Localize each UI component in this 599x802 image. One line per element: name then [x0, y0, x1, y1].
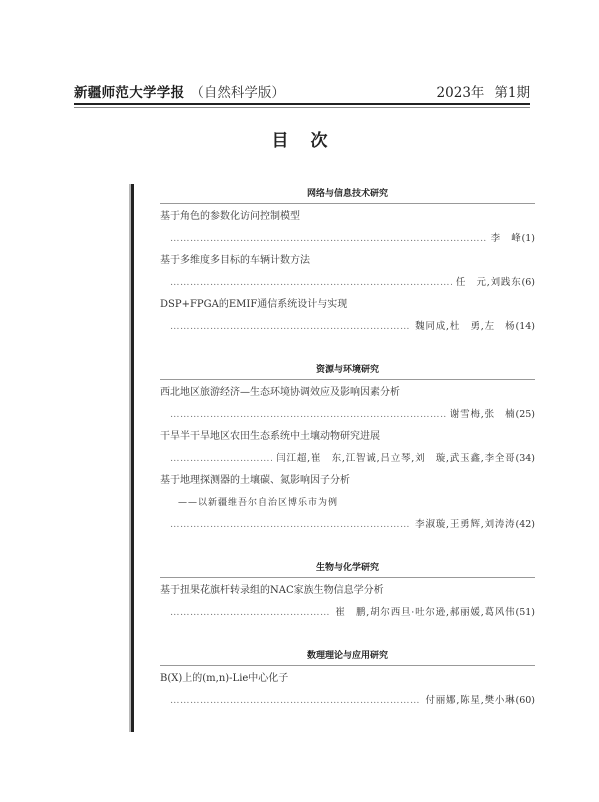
section-heading: 数理理论与应用研究 [160, 648, 535, 666]
section-heading: 资源与环境研究 [160, 362, 535, 380]
entry-line: 崔 鹏,胡尔西旦·吐尔逊,郝丽媛,葛风伟(51) [160, 606, 535, 620]
section-heading: 生物与化学研究 [160, 560, 535, 578]
entry-page: (51) [515, 606, 535, 620]
toc-entry[interactable]: B(X)上的(m,n)-Lie中心化子 付丽娜,陈星,樊小琳(60) [160, 672, 535, 708]
entry-authors: 崔 鹏,胡尔西旦·吐尔逊,郝丽媛,葛风伟 [331, 606, 515, 620]
issue-year: 2023年 [437, 85, 485, 101]
entry-line: 谢雪梅,张 楠(25) [160, 408, 535, 422]
entry-page: (6) [522, 276, 535, 290]
header-rule-thin [74, 107, 530, 108]
toc-entry[interactable]: 基于扭果花旗杆转录组的NAC家族生物信息学分析 崔 鹏,胡尔西旦·吐尔逊,郝丽媛… [160, 584, 535, 620]
page-title: 目次 [0, 126, 599, 151]
running-header: 新疆师范大学学报（自然科学版） 2023年第1期 [74, 83, 530, 101]
leader-dots [170, 452, 272, 466]
entry-page: (1) [522, 232, 535, 246]
toc-entry[interactable]: 基于地理探测器的土壤碳、氮影响因子分析 ——以新疆维吾尔自治区博乐市为例 李淑璇… [160, 474, 535, 532]
leader-dots [170, 408, 446, 422]
entry-title: 基于角色的参数化访问控制模型 [160, 210, 535, 224]
entry-line: 李 峰(1) [160, 232, 535, 246]
entry-authors: 李 峰 [487, 232, 522, 246]
leader-dots [170, 518, 411, 532]
section-heading: 网络与信息技术研究 [160, 186, 535, 204]
toc-section: 网络与信息技术研究 基于角色的参数化访问控制模型 李 峰(1) 基于多维度多目标… [160, 186, 535, 334]
entry-title: 干旱半干旱地区农田生态系统中土壤动物研究进展 [160, 430, 535, 444]
leader-dots [170, 606, 331, 620]
toc-section: 数理理论与应用研究 B(X)上的(m,n)-Lie中心化子 付丽娜,陈星,樊小琳… [160, 648, 535, 708]
entry-line: 闫江超,崔 东,江智诚,吕立琴,刘 璇,武玉鑫,李全哥(34) [160, 452, 535, 466]
entry-title: 西北地区旅游经济—生态环境协调效应及影响因素分析 [160, 386, 535, 400]
journal-title: 新疆师范大学学报 [74, 85, 184, 101]
entry-page: (42) [515, 518, 535, 532]
entry-authors: 魏同成,杜 勇,左 杨 [411, 320, 515, 334]
entry-title: 基于地理探测器的土壤碳、氮影响因子分析 [160, 474, 535, 488]
issue-number: 第1期 [494, 85, 530, 101]
journal-name: 新疆师范大学学报（自然科学版） [74, 81, 285, 101]
toc-section: 资源与环境研究 西北地区旅游经济—生态环境协调效应及影响因素分析 谢雪梅,张 楠… [160, 362, 535, 532]
entry-line: 魏同成,杜 勇,左 杨(14) [160, 320, 535, 334]
entry-page: (34) [515, 452, 535, 466]
entry-line: 付丽娜,陈星,樊小琳(60) [160, 694, 535, 708]
entry-line: 任 元,刘践东(6) [160, 276, 535, 290]
table-of-contents: 网络与信息技术研究 基于角色的参数化访问控制模型 李 峰(1) 基于多维度多目标… [160, 186, 535, 716]
journal-edition: （自然科学版） [190, 85, 285, 101]
header-rule-thick [74, 103, 530, 105]
toc-section: 生物与化学研究 基于扭果花旗杆转录组的NAC家族生物信息学分析 崔 鹏,胡尔西旦… [160, 560, 535, 620]
toc-entry[interactable]: 干旱半干旱地区农田生态系统中土壤动物研究进展 闫江超,崔 东,江智诚,吕立琴,刘… [160, 430, 535, 466]
entry-authors: 李淑璇,王勇辉,刘涛涛 [411, 518, 515, 532]
entry-page: (60) [515, 694, 535, 708]
entry-subtitle: ——以新疆维吾尔自治区博乐市为例 [160, 496, 535, 510]
leader-dots [170, 694, 421, 708]
entry-title: 基于扭果花旗杆转录组的NAC家族生物信息学分析 [160, 584, 535, 598]
toc-entry[interactable]: 西北地区旅游经济—生态环境协调效应及影响因素分析 谢雪梅,张 楠(25) [160, 386, 535, 422]
entry-authors: 任 元,刘践东 [452, 276, 522, 290]
entry-title: DSP+FPGA的EMIF通信系统设计与实现 [160, 298, 535, 312]
entry-authors: 谢雪梅,张 楠 [446, 408, 516, 422]
entry-page: (25) [515, 408, 535, 422]
toc-entry[interactable]: 基于多维度多目标的车辆计数方法 任 元,刘践东(6) [160, 254, 535, 290]
toc-entry[interactable]: DSP+FPGA的EMIF通信系统设计与实现 魏同成,杜 勇,左 杨(14) [160, 298, 535, 334]
toc-entry[interactable]: 基于角色的参数化访问控制模型 李 峰(1) [160, 210, 535, 246]
entry-page: (14) [515, 320, 535, 334]
entry-title: B(X)上的(m,n)-Lie中心化子 [160, 672, 535, 686]
entry-title: 基于多维度多目标的车辆计数方法 [160, 254, 535, 268]
leader-dots [170, 232, 487, 246]
entry-authors: 付丽娜,陈星,樊小琳 [421, 694, 515, 708]
entry-authors: 闫江超,崔 东,江智诚,吕立琴,刘 璇,武玉鑫,李全哥 [272, 452, 515, 466]
leader-dots [170, 320, 411, 334]
margin-bar-dark [131, 184, 134, 732]
leader-dots [170, 276, 452, 290]
issue-info: 2023年第1期 [437, 81, 530, 101]
entry-line: 李淑璇,王勇辉,刘涛涛(42) [160, 518, 535, 532]
